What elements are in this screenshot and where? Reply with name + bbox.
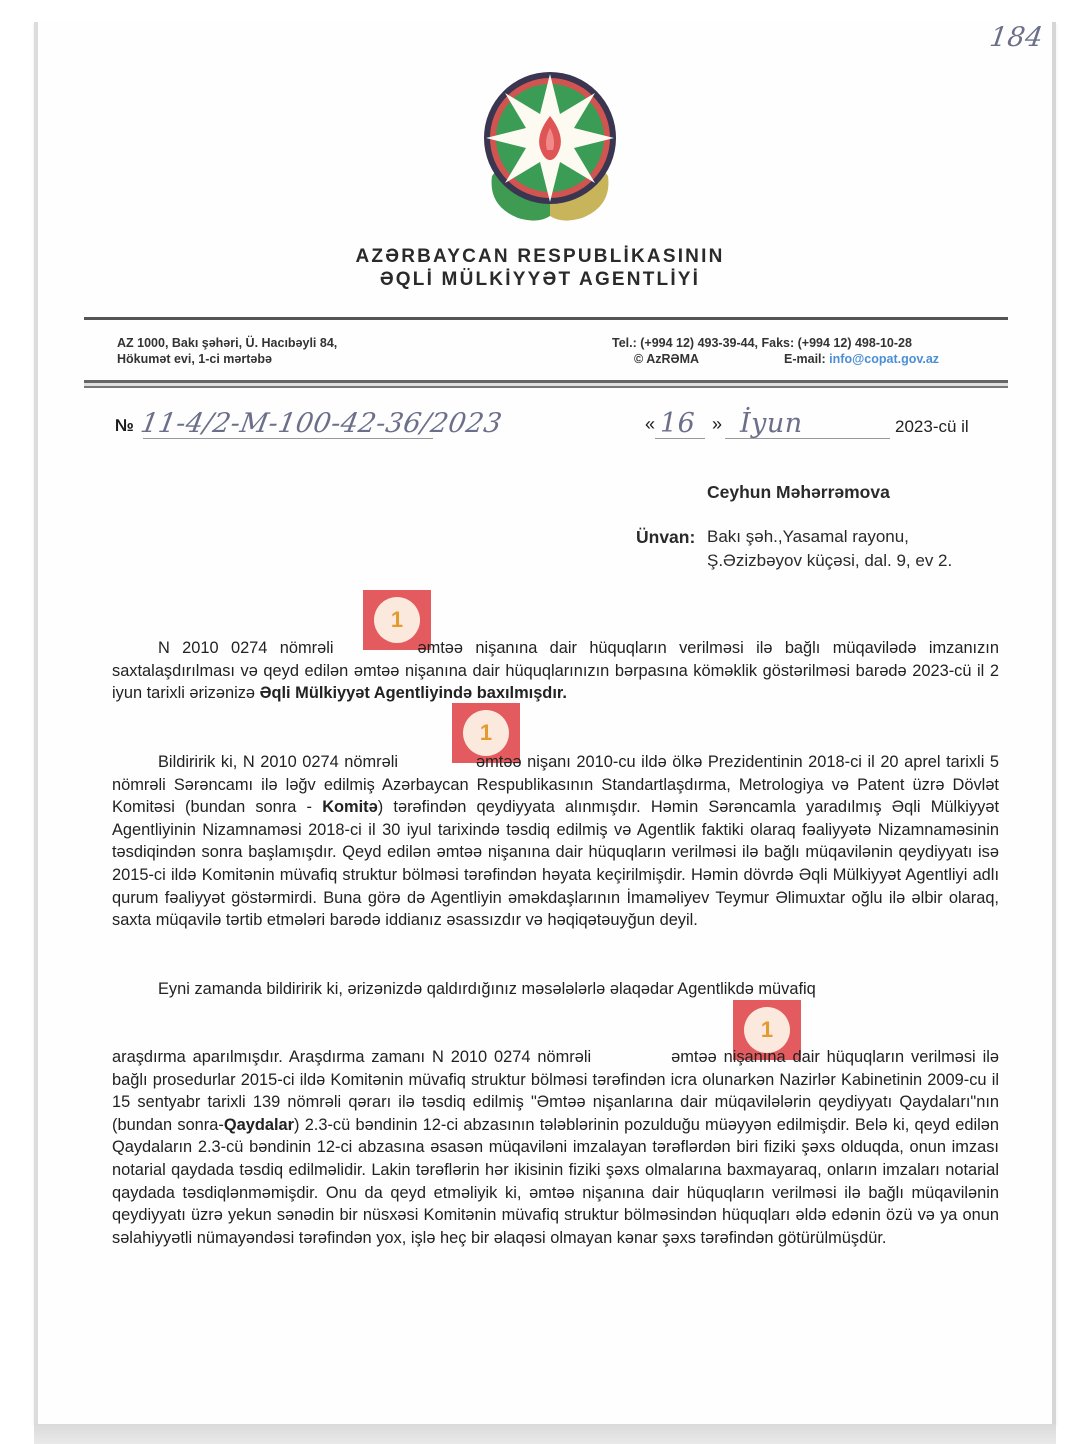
date-open-quote: «: [645, 414, 655, 435]
page-edge-shadow: [34, 1424, 1056, 1444]
page-number: 184: [988, 22, 1045, 53]
p1-text-start: N 2010 0274 nömrəli: [158, 639, 333, 657]
copyright: © AzRƏMA: [612, 351, 784, 367]
date-close-quote: »: [712, 414, 722, 435]
email-label: E-mail:: [784, 351, 826, 367]
p4-rest: ) 2.3-cü bəndinin 12-ci abzasının tələbl…: [112, 1116, 999, 1247]
date-month: İyun: [740, 408, 803, 439]
agency-title-line1: AZƏRBAYCAN RESPUBLİKASININ: [0, 246, 1080, 268]
header-divider-bottom: [84, 380, 1008, 388]
email-link[interactable]: info@copat.gov.az: [829, 351, 939, 367]
p4-text-start: araşdırma aparılmışdır. Araşdırma zamanı…: [112, 1048, 591, 1066]
paragraph-4: araşdırma aparılmışdır. Araşdırma zamanı…: [112, 1046, 999, 1249]
reference-row: № 11-4/2-M-100-42-36/2023 « 16 » İyun 20…: [115, 408, 995, 448]
p2-bold: Komitə: [322, 798, 378, 816]
azerbaijan-state-emblem-icon: [478, 66, 622, 226]
recipient-name: Ceyhun Məhərrəmova: [707, 482, 890, 503]
recipient-address-line2: Ş.Əzizbəyov küçəsi, dal. 9, ev 2.: [707, 551, 952, 571]
paragraph-2: Bildiririk ki, N 2010 0274 nömrəliəmtəə …: [112, 751, 999, 932]
date-day-underline: [655, 438, 705, 439]
p2-rest: ) tərəfindən qeydiyyata alınmışdır. Həmi…: [112, 798, 999, 929]
recipient-address-label: Ünvan:: [636, 527, 695, 548]
header-divider-top: [84, 317, 1008, 320]
p4-bold: Qaydalar: [224, 1116, 294, 1134]
date-year: 2023-cü il: [895, 417, 969, 437]
paragraph-3: Eyni zamanda bildiririk ki, ərizənizdə q…: [112, 978, 999, 1001]
reference-number: 11-4/2-M-100-42-36/2023: [138, 408, 504, 439]
reference-number-label: №: [115, 416, 134, 436]
p1-bold: Əqli Mülkiyyət Agentliyində baxılmışdır.: [260, 684, 567, 702]
agency-contacts: Tel.: (+994 12) 493-39-44, Faks: (+994 1…: [612, 335, 939, 367]
recipient-address-line1: Bakı şəh.,Yasamal rayonu,: [707, 527, 909, 547]
agency-address: AZ 1000, Bakı şəhəri, Ü. Hacıbəyli 84, H…: [117, 335, 337, 367]
address-line2: Hökumət evi, 1-ci mərtəbə: [117, 351, 337, 367]
address-line1: AZ 1000, Bakı şəhəri, Ü. Hacıbəyli 84,: [117, 335, 337, 351]
paragraph-1: N 2010 0274 nömrəliəmtəə nişanına dair h…: [112, 637, 999, 705]
reference-underline: [143, 438, 433, 439]
date-day: 16: [660, 408, 695, 439]
phone-fax: Tel.: (+994 12) 493-39-44, Faks: (+994 1…: [612, 335, 939, 351]
date-month-underline: [725, 438, 890, 439]
p2-text-start: Bildiririk ki, N 2010 0274 nömrəli: [158, 753, 398, 771]
agency-title-line2: ƏQLİ MÜLKİYYƏT AGENTLİYİ: [0, 269, 1080, 291]
trademark-logo-icon: 1: [463, 710, 509, 756]
